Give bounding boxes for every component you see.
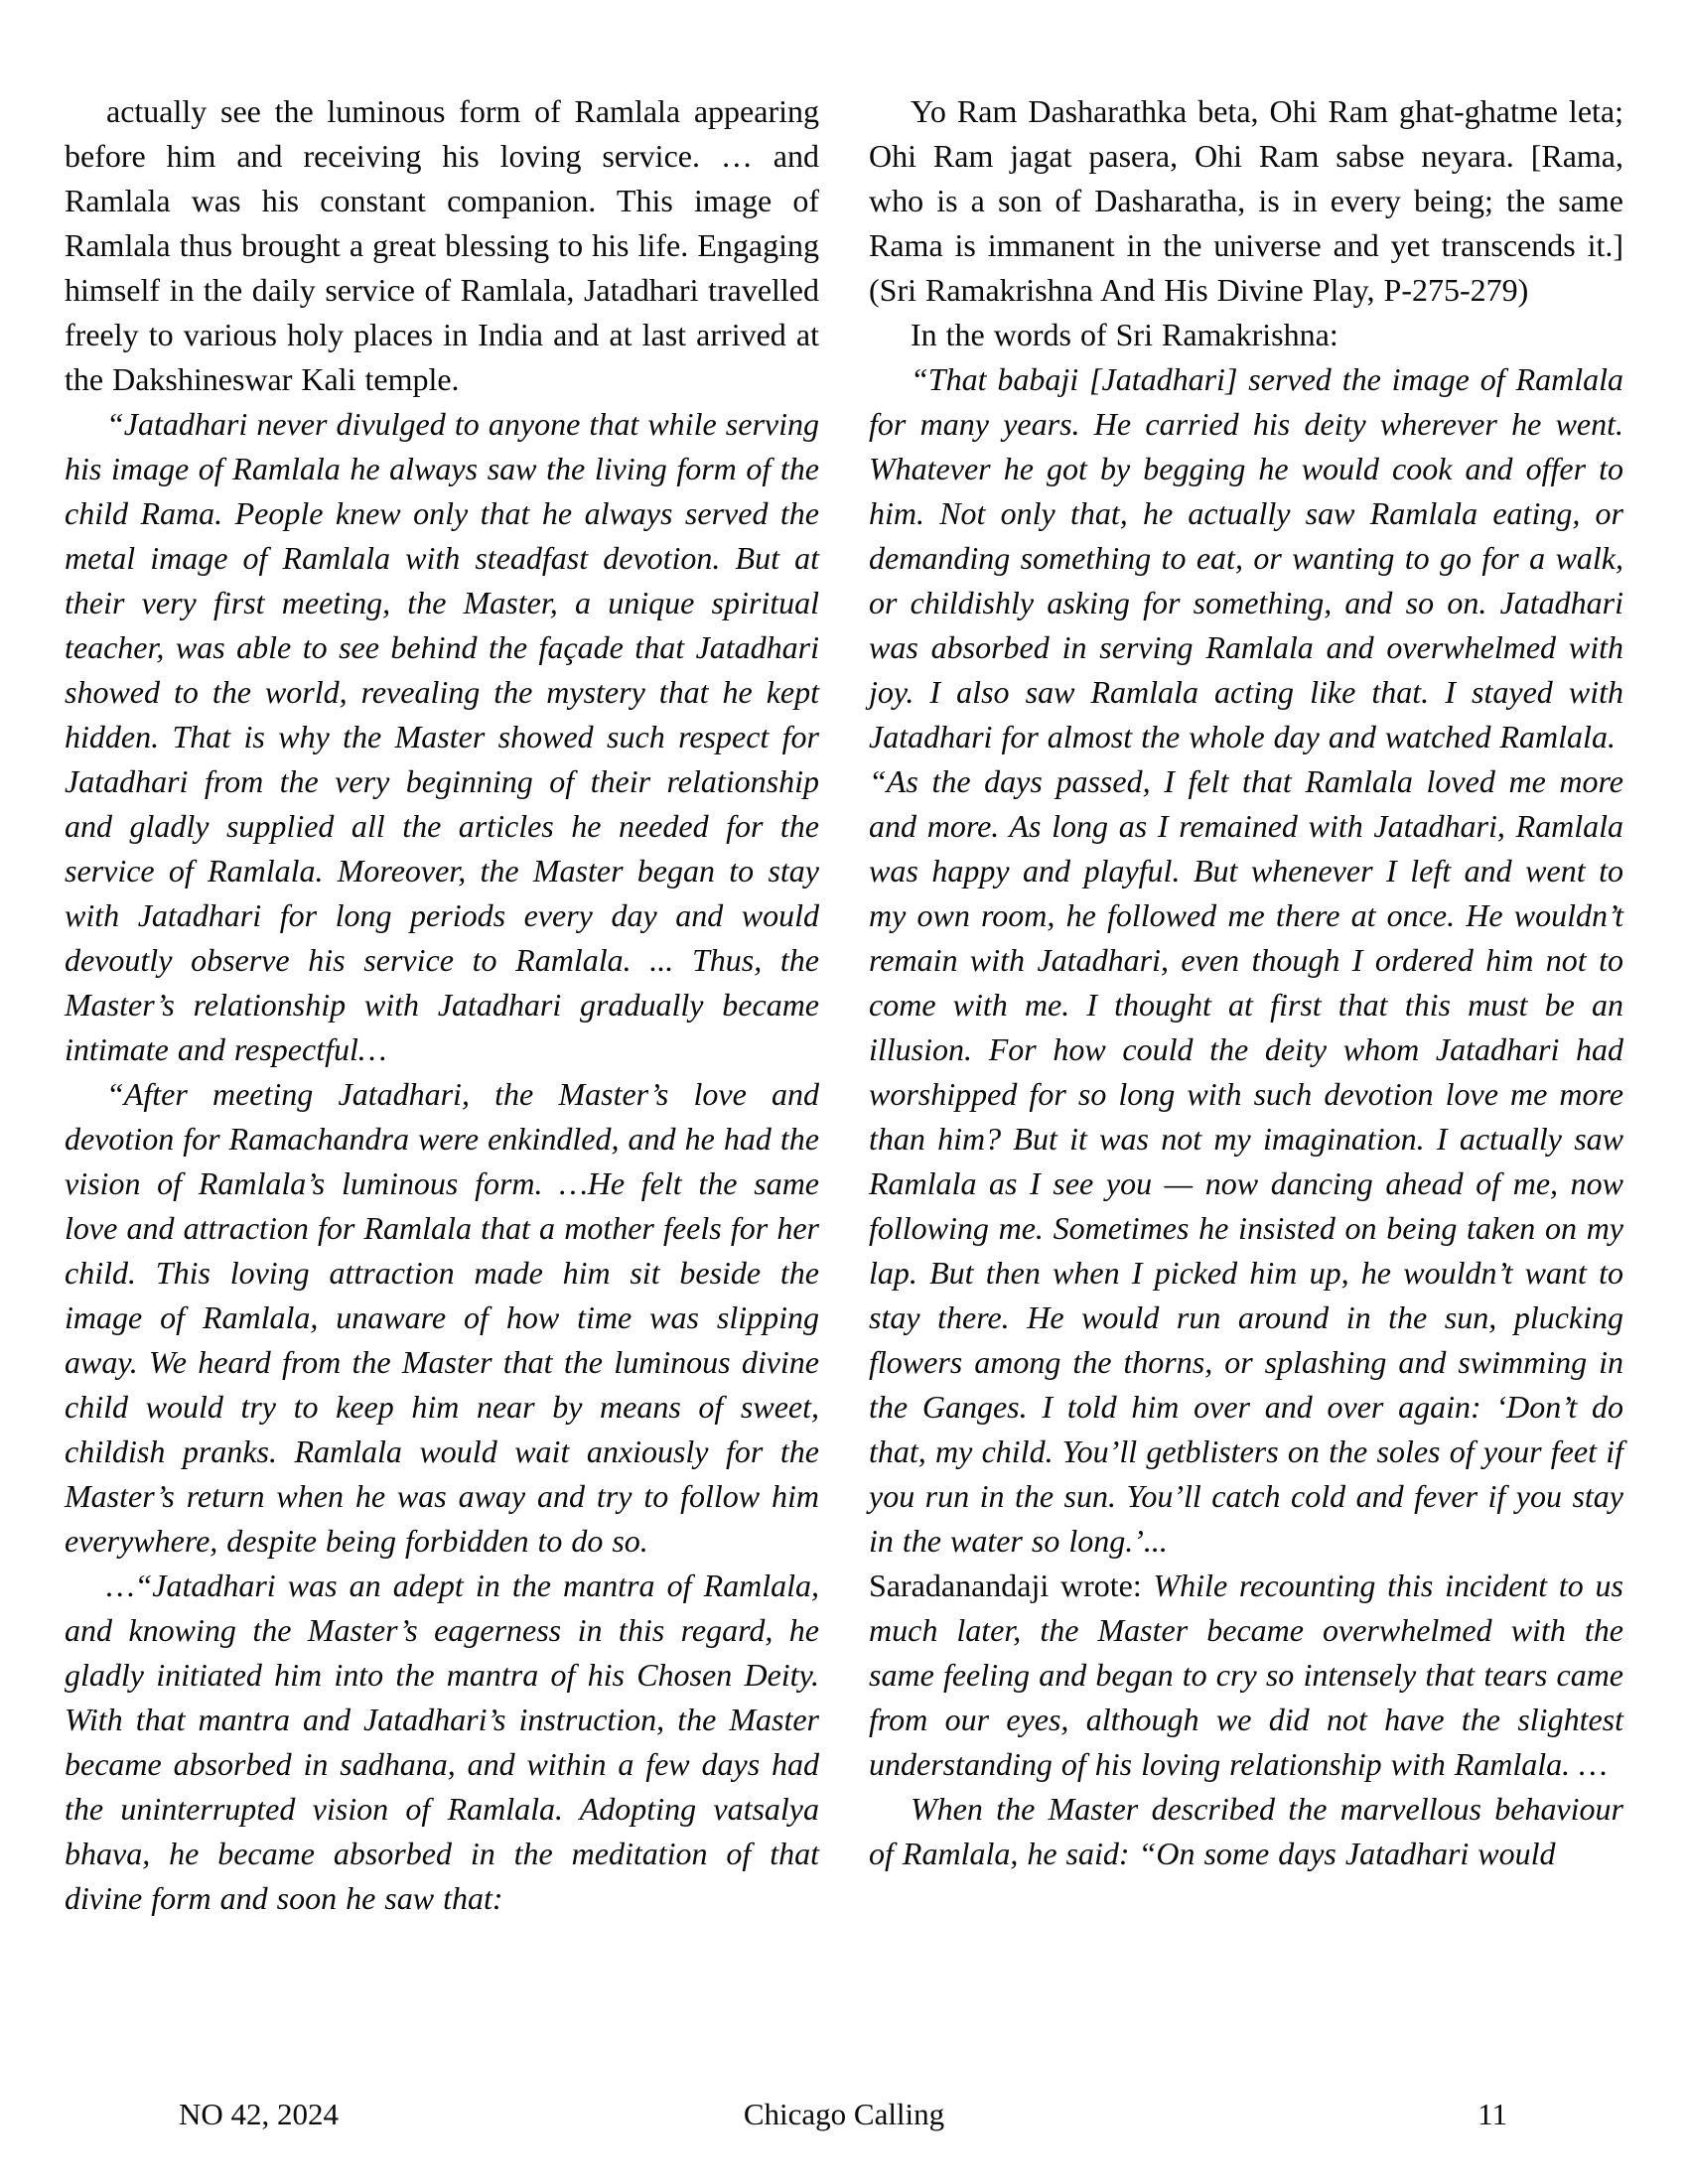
paragraph-text: “That babaji [Jatadhari] served the imag… (869, 361, 1623, 754)
paragraph: In the words of Sri Ramakrishna: (869, 313, 1623, 357)
paragraph: “As the days passed, I felt that Ramlala… (869, 759, 1623, 1564)
paragraph-text: “As the days passed, I felt that Ramlala… (869, 763, 1623, 1559)
paragraph-text: In the words of Sri Ramakrishna: (911, 317, 1338, 352)
column-right: Yo Ram Dasharathka beta, Ohi Ram ghat-gh… (869, 89, 1623, 1921)
paragraph-text: “After meeting Jatadhari, the Master’s l… (65, 1076, 819, 1559)
paragraph: actually see the luminous form of Ramlal… (65, 89, 819, 402)
page-footer: NO 42, 2024 Chicago Calling 11 (0, 2097, 1688, 2146)
paragraph-text: When the Master described the marvellous… (869, 1791, 1623, 1871)
magazine-page: actually see the luminous form of Ramlal… (0, 0, 1688, 2184)
paragraph: Saradanandaji wrote: While recounting th… (869, 1564, 1623, 1787)
paragraph-text: actually see the luminous form of Ramlal… (65, 93, 819, 397)
column-left: actually see the luminous form of Ramlal… (65, 89, 819, 1921)
footer-publication-title: Chicago Calling (744, 2097, 944, 2132)
paragraph: “That babaji [Jatadhari] served the imag… (869, 357, 1623, 759)
paragraph: “Jatadhari never divulged to anyone that… (65, 402, 819, 1072)
paragraph: …“Jatadhari was an adept in the mantra o… (65, 1564, 819, 1921)
paragraph: “After meeting Jatadhari, the Master’s l… (65, 1072, 819, 1564)
paragraph-text: …“Jatadhari was an adept in the mantra o… (65, 1568, 819, 1916)
paragraph: When the Master described the marvellous… (869, 1787, 1623, 1876)
paragraph-text: “Jatadhari never divulged to anyone that… (65, 406, 819, 1067)
footer-page-number: 11 (1477, 2097, 1507, 2132)
paragraph-text: Yo Ram Dasharathka beta, Ohi Ram ghat-gh… (869, 93, 1623, 308)
paragraph: Yo Ram Dasharathka beta, Ohi Ram ghat-gh… (869, 89, 1623, 313)
text-columns: actually see the luminous form of Ramlal… (65, 89, 1623, 1921)
footer-issue-number: NO 42, 2024 (179, 2097, 339, 2132)
paragraph-lead: Saradanandaji wrote: (869, 1568, 1154, 1603)
